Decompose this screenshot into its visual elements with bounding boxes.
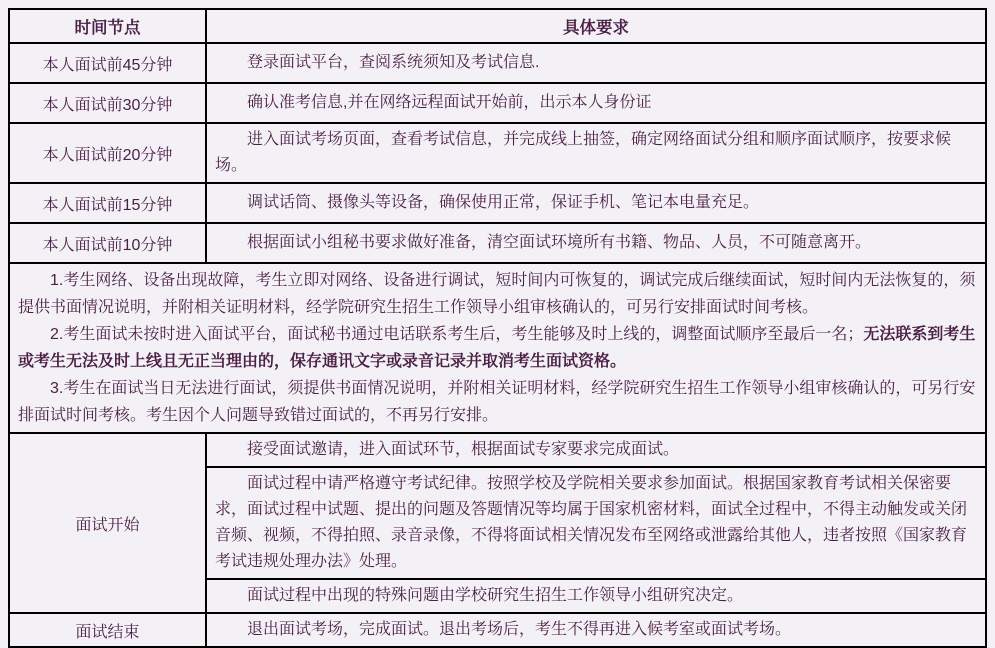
time-cell: 本人面试前30分钟	[9, 83, 206, 123]
interview-end-label: 面试结束	[9, 613, 206, 647]
interview-start-step-1: 接受面试邀请，进入面试环节，根据面试专家要求完成面试。	[206, 433, 986, 467]
requirement-cell: 登录面试平台，查阅系统须知及考试信息.	[206, 43, 986, 83]
notes-row: 1.考生网络、设备出现故障，考生立即对网络、设备进行调试，短时间内可恢复的，调试…	[9, 263, 986, 433]
interview-start-row: 面试开始 接受面试邀请，进入面试环节，根据面试专家要求完成面试。	[9, 433, 986, 467]
note-2-normal-text: 2.考生面试未按时进入面试平台，面试秘书通过电话联系考生后，考生能够及时上线的，…	[50, 326, 863, 343]
table-row: 本人面试前20分钟 进入面试考场页面，查看考试信息，并完成线上抽签，确定网络面试…	[9, 123, 986, 183]
interview-end-row: 面试结束 退出面试考场，完成面试。退出考场后，考生不得再进入候考室或面试考场。	[9, 613, 986, 647]
time-cell: 本人面试前15分钟	[9, 183, 206, 223]
table-row: 本人面试前10分钟 根据面试小组秘书要求做好准备，清空面试环境所有书籍、物品、人…	[9, 223, 986, 263]
requirement-cell: 进入面试考场页面，查看考试信息，并完成线上抽签，确定网络面试分组和顺序面试顺序，…	[206, 123, 986, 183]
interview-end-requirement: 退出面试考场，完成面试。退出考场后，考生不得再进入候考室或面试考场。	[206, 613, 986, 647]
note-3: 3.考生在面试当日无法进行面试，须提供书面情况说明，并附相关证明材料，经学院研究…	[18, 375, 977, 429]
note-2: 2.考生面试未按时进入面试平台，面试秘书通过电话联系考生后，考生能够及时上线的，…	[18, 321, 977, 375]
header-row: 时间节点 具体要求	[9, 9, 986, 43]
header-requirements: 具体要求	[206, 9, 986, 43]
interview-start-step-2: 面试过程中请严格遵守考试纪律。按照学校及学院相关要求参加面试。根据国家教育考试相…	[206, 467, 986, 579]
time-cell: 本人面试前45分钟	[9, 43, 206, 83]
requirement-cell: 调试话筒、摄像头等设备，确保使用正常，保证手机、笔记本电量充足。	[206, 183, 986, 223]
time-cell: 本人面试前10分钟	[9, 223, 206, 263]
interview-start-label: 面试开始	[9, 433, 206, 613]
time-cell: 本人面试前20分钟	[9, 123, 206, 183]
table-row: 本人面试前15分钟 调试话筒、摄像头等设备，确保使用正常，保证手机、笔记本电量充…	[9, 183, 986, 223]
requirement-cell: 根据面试小组秘书要求做好准备，清空面试环境所有书籍、物品、人员，不可随意离开。	[206, 223, 986, 263]
table-row: 本人面试前45分钟 登录面试平台，查阅系统须知及考试信息.	[9, 43, 986, 83]
table-row: 本人面试前30分钟 确认准考信息,并在网络远程面试开始前，出示本人身份证	[9, 83, 986, 123]
header-time-node: 时间节点	[9, 9, 206, 43]
requirement-cell: 确认准考信息,并在网络远程面试开始前，出示本人身份证	[206, 83, 986, 123]
notes-cell: 1.考生网络、设备出现故障，考生立即对网络、设备进行调试，短时间内可恢复的，调试…	[9, 263, 986, 433]
interview-schedule-table: 时间节点 具体要求 本人面试前45分钟 登录面试平台，查阅系统须知及考试信息. …	[8, 8, 987, 648]
interview-start-step-3: 面试过程中出现的特殊问题由学校研究生招生工作领导小组研究决定。	[206, 579, 986, 613]
note-1: 1.考生网络、设备出现故障，考生立即对网络、设备进行调试，短时间内可恢复的，调试…	[18, 267, 977, 321]
